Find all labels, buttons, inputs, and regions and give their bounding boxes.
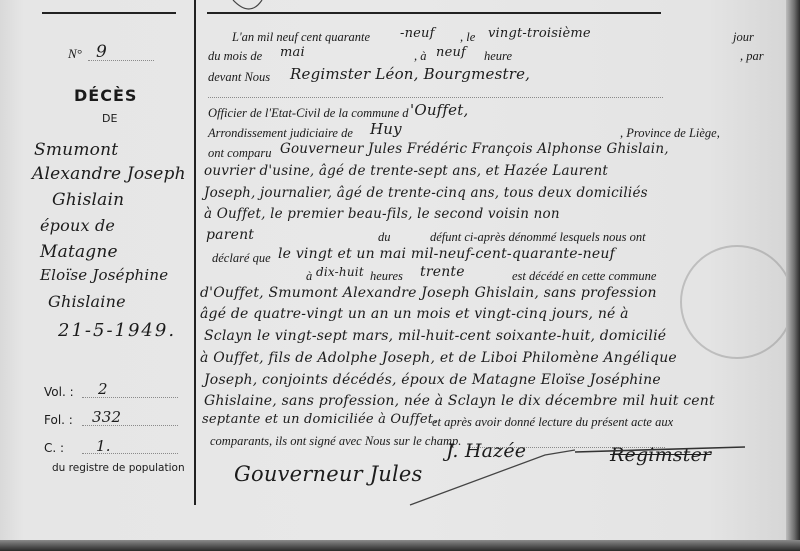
signature-flourish [0, 0, 786, 540]
page-edge-bottom [0, 540, 800, 551]
page-edge-right [786, 0, 800, 551]
civil-register-page: N° 9 DÉCÈS DE Smumont Alexandre Joseph G… [0, 0, 786, 542]
